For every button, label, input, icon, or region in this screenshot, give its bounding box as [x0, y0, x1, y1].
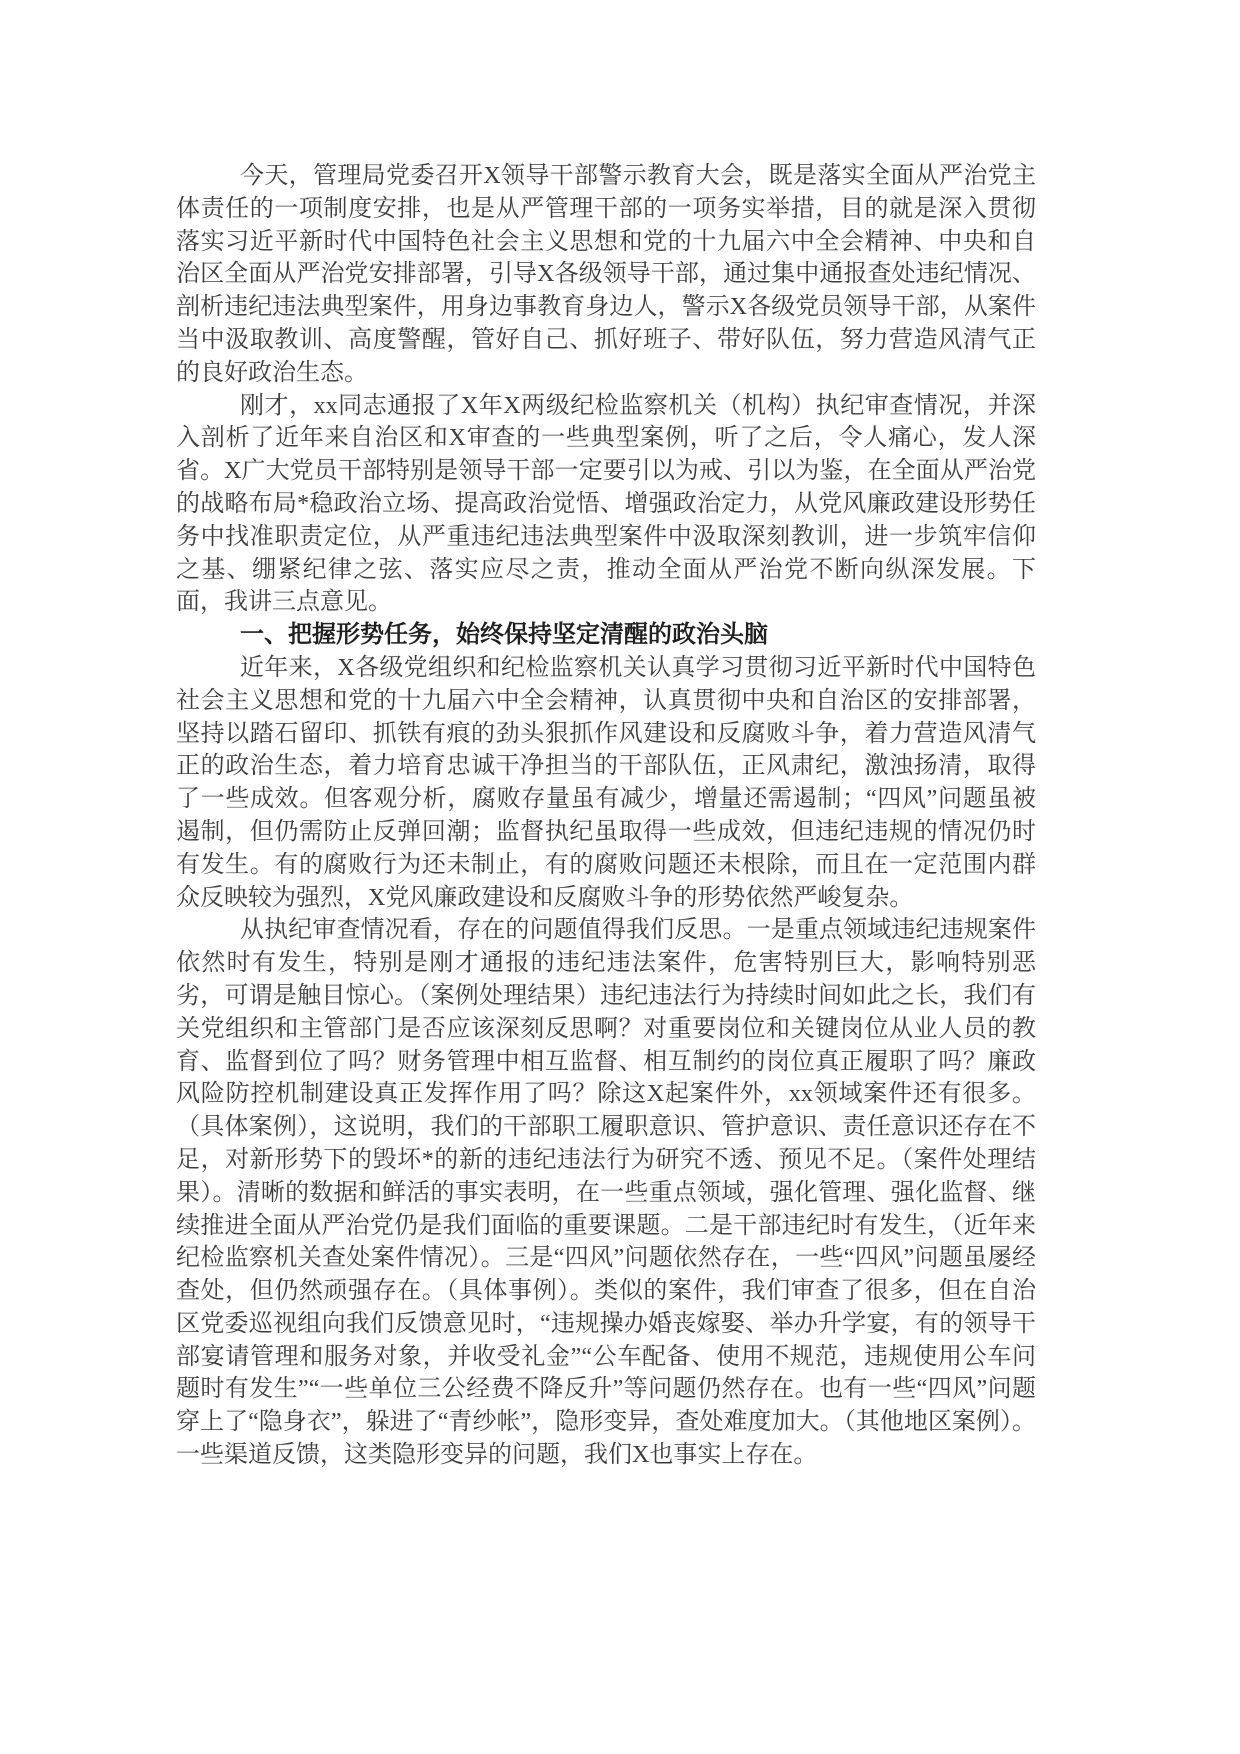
paragraph-section1-body-2: 从执纪审查情况看，存在的问题值得我们反思。一是重点领域违纪违规案件依然时有发生，…	[176, 914, 1036, 1472]
section-heading-1: 一、把握形势任务，始终保持坚定清醒的政治头脑	[176, 619, 1036, 652]
paragraph-intro-2: 刚才，xx同志通报了X年X两级纪检监察机关（机构）执纪审查情况，并深入剖析了近年…	[176, 390, 1036, 620]
document-text-block: 今天，管理局党委召开X领导干部警示教育大会，既是落实全面从严治党主体责任的一项制…	[176, 160, 1036, 1472]
paragraph-section1-body-1: 近年来，X各级党组织和纪检监察机关认真学习贯彻习近平新时代中国特色社会主义思想和…	[176, 652, 1036, 914]
document-page: 今天，管理局党委召开X领导干部警示教育大会，既是落实全面从严治党主体责任的一项制…	[0, 0, 1240, 1754]
paragraph-intro-1: 今天，管理局党委召开X领导干部警示教育大会，既是落实全面从严治党主体责任的一项制…	[176, 160, 1036, 390]
